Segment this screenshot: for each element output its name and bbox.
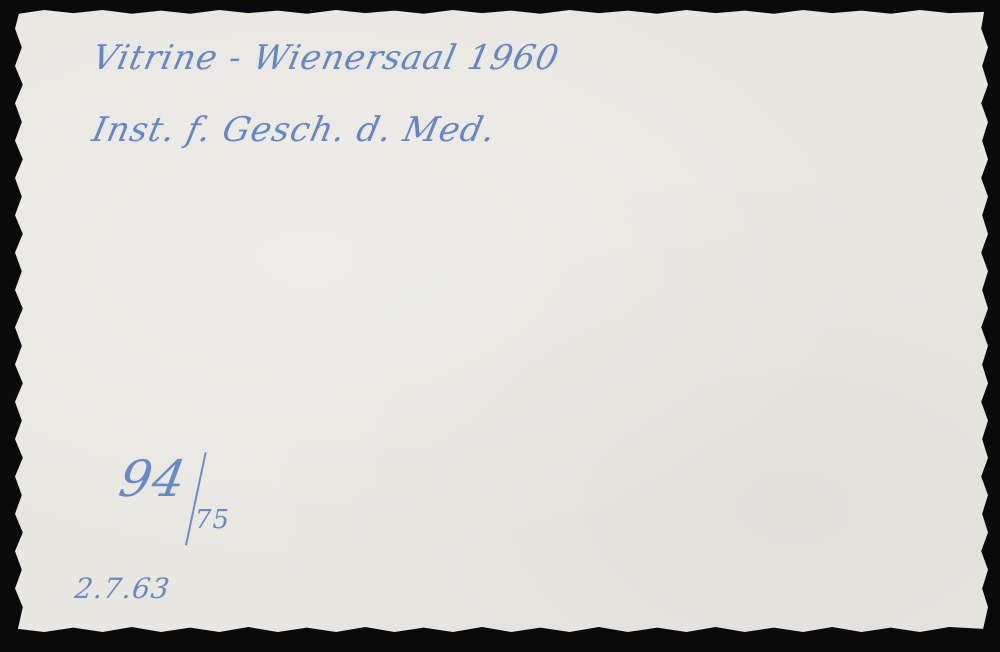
handwritten-date: 2.7.63 [73, 572, 173, 605]
handwritten-caption-line-1: Vitrine - Wienersaal 1960 [89, 38, 563, 78]
photo-back-card: Vitrine - Wienersaal 1960 Inst. f. Gesch… [15, 10, 988, 632]
inventory-number: 94 [115, 450, 191, 508]
handwritten-caption-line-2: Inst. f. Gesch. d. Med. [89, 110, 500, 150]
inventory-year: 75 [195, 505, 230, 535]
